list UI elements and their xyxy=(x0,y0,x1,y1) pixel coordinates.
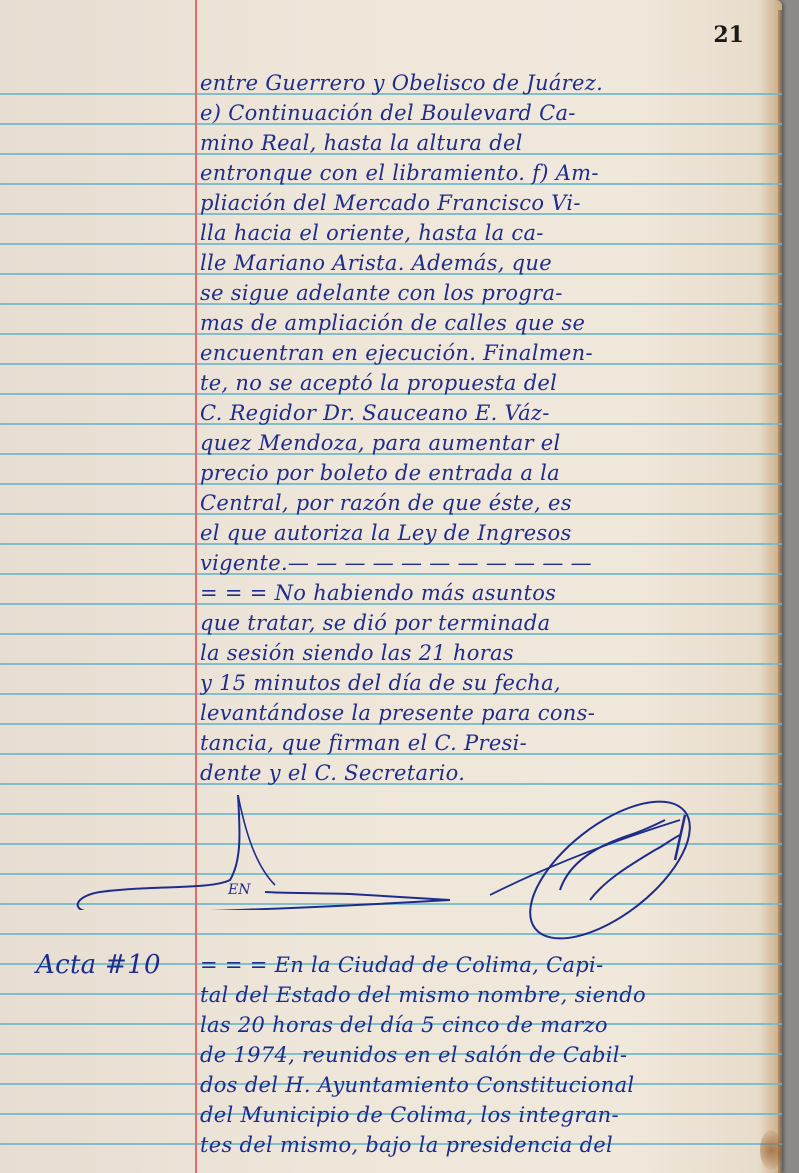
margin-line xyxy=(195,0,197,1173)
text-line: el que autoriza la Ley de Ingresos xyxy=(200,518,775,548)
text-line: vigente.— — — — — — — — — — — xyxy=(200,548,775,578)
text-line: encuentran en ejecución. Finalmen- xyxy=(200,338,775,368)
text-line: mino Real, hasta la altura del xyxy=(200,128,775,158)
text-line: la sesión siendo las 21 horas xyxy=(200,638,775,668)
text-line: del Municipio de Colima, los integran- xyxy=(200,1100,775,1130)
text-line: de 1974, reunidos en el salón de Cabil- xyxy=(200,1040,775,1070)
text-line: Central, por razón de que éste, es xyxy=(200,488,775,518)
text-line: e) Continuación del Boulevard Ca- xyxy=(200,98,775,128)
signature-presidente: EN xyxy=(60,790,480,910)
text-line: dos del H. Ayuntamiento Constitucional xyxy=(200,1070,775,1100)
text-line: levantándose la presente para cons- xyxy=(200,698,775,728)
text-line: que tratar, se dió por terminada xyxy=(200,608,775,638)
text-line: tancia, que firman el C. Presi- xyxy=(200,728,775,758)
text-line: y 15 minutos del día de su fecha, xyxy=(200,668,775,698)
text-line: tal del Estado del mismo nombre, siendo xyxy=(200,980,775,1010)
signature-initials: EN xyxy=(227,882,251,898)
text-line: quez Mendoza, para aumentar el xyxy=(200,428,775,458)
minutes-number-label: Acta #10 xyxy=(36,950,161,980)
text-line: precio por boleto de entrada a la xyxy=(200,458,775,488)
text-line: entre Guerrero y Obelisco de Juárez. xyxy=(200,68,775,98)
text-line: = = = No habiendo más asuntos xyxy=(200,578,775,608)
notebook-page: 21 entre Guerrero y Obelisco de Juárez. … xyxy=(0,0,782,1173)
paper-stain xyxy=(760,1130,782,1170)
text-line: lle Mariano Arista. Además, que xyxy=(200,248,775,278)
text-line: dente y el C. Secretario. xyxy=(200,758,775,788)
text-line: = = = En la Ciudad de Colima, Capi- xyxy=(200,950,775,980)
text-line: entronque con el libramiento. f) Am- xyxy=(200,158,775,188)
text-line: se sigue adelante con los progra- xyxy=(200,278,775,308)
page-number: 21 xyxy=(713,22,744,48)
text-line: tes del mismo, bajo la presidencia del xyxy=(200,1130,775,1160)
text-line: lla hacia el oriente, hasta la ca- xyxy=(200,218,775,248)
text-line: te, no se aceptó la propuesta del xyxy=(200,368,775,398)
text-line: mas de ampliación de calles que se xyxy=(200,308,775,338)
text-line: las 20 horas del día 5 cinco de marzo xyxy=(200,1010,775,1040)
text-line: pliación del Mercado Francisco Vi- xyxy=(200,188,775,218)
text-line: C. Regidor Dr. Sauceano E. Váz- xyxy=(200,398,775,428)
signature-secretario xyxy=(480,790,720,940)
